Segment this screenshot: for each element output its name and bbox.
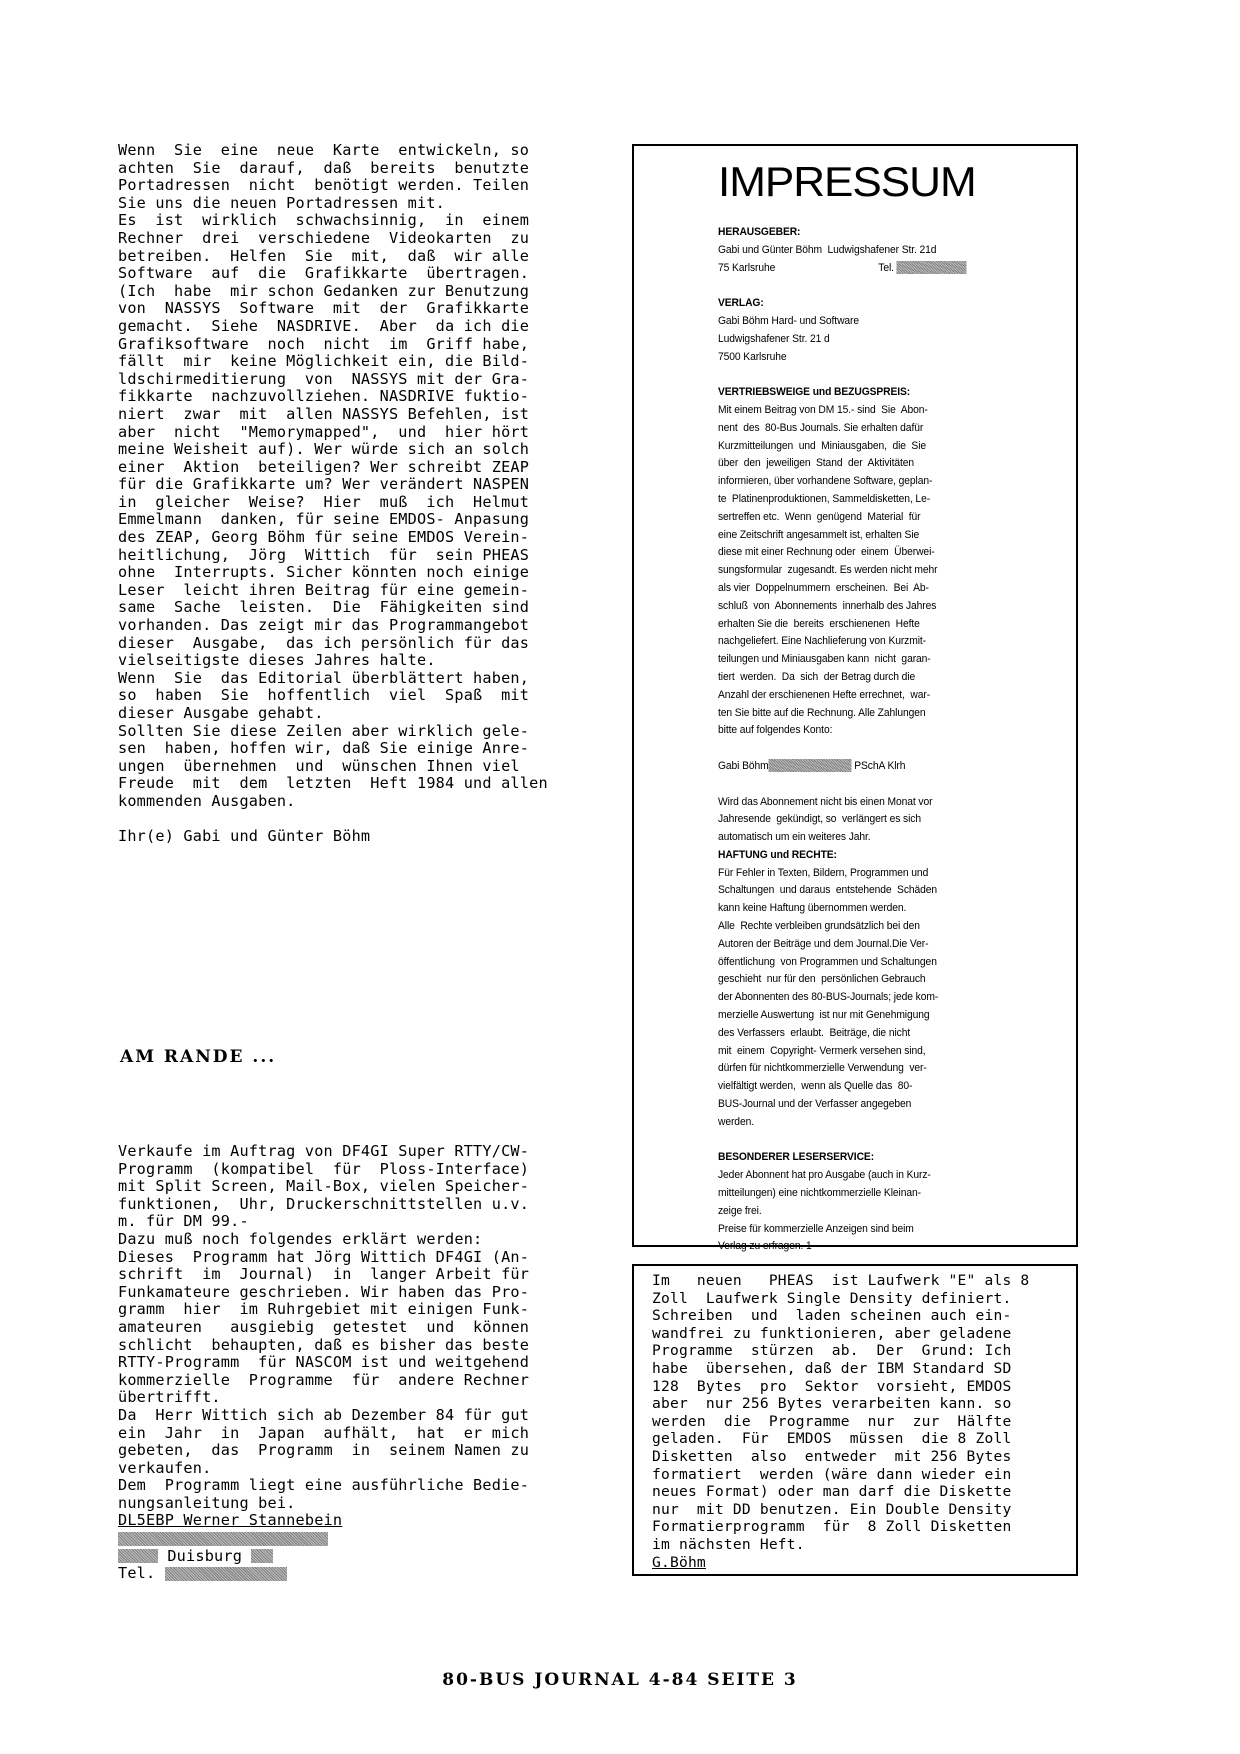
contact-tel-line: Tel. [118,1565,588,1583]
text-line: Alle Rechte verbleiben grundsätzlich bei… [718,918,1040,936]
verlag-label: VERLAG: [718,295,1040,313]
redaction-block [769,759,852,772]
text-line: als vier Doppelnummern erscheinen. Bei A… [718,580,1040,598]
text-line: Sie uns die neuen Portadressen mit. [118,195,588,213]
redaction-block [251,1549,273,1563]
text-line: vorhanden. Das zeigt mir das Programmang… [118,617,588,635]
text-line: Dazu muß noch folgendes erklärt werden: [118,1231,588,1249]
text-line: neues Format) oder man darf die Diskette [652,1483,1072,1501]
text-line: informieren, über vorhandene Software, g… [718,473,1040,491]
text-line: für die Grafikkarte um? Wer verändert NA… [118,476,588,494]
contact-name: DL5EBP Werner Stannebein [118,1512,588,1530]
redaction-block [118,1549,158,1563]
text-line: erhalten Sie die bereits erschienenen He… [718,616,1040,634]
herausgeber-label: HERAUSGEBER: [718,224,1040,242]
text-line: nent des 80-Bus Journals. Sie erhalten d… [718,420,1040,438]
text-line: werden die Programme nur zur Hälfte [652,1413,1072,1431]
text-line: Anzahl der erschienenen Hefte errechnet,… [718,687,1040,705]
text-line: automatisch um ein weiteres Jahr. [718,829,1040,847]
contact-city: Duisburg [167,1547,242,1565]
pheas-signature: G.Böhm [652,1554,1072,1572]
contact-address-redacted [118,1530,588,1548]
konto-bank: PSchA Klrh [854,760,905,772]
text-line: aber nicht "Memorymapped", und hier hört [118,424,588,442]
contact-city-line: Duisburg [118,1548,588,1566]
text-line: niert zwar mit allen NASSYS Befehlen, is… [118,406,588,424]
text-line: Da Herr Wittich sich ab Dezember 84 für … [118,1407,588,1425]
sale-paragraph: Verkaufe im Auftrag von DF4GI Super RTTY… [118,1143,588,1512]
text-line: Mit einem Beitrag von DM 15.- sind Sie A… [718,402,1040,420]
text-line: verkaufen. [118,1460,588,1478]
text-line: schrift im Journal) in langer Arbeit für [118,1266,588,1284]
text-line: des ZEAP, Georg Böhm für seine EMDOS Ver… [118,529,588,547]
text-line: aber nur 256 Bytes verarbeiten kann. so [652,1395,1072,1413]
text-line: meine Weisheit auf). Wer würde sich an s… [118,441,588,459]
text-line: fikkarte nachzuvollziehen. NASDRIVE fukt… [118,388,588,406]
vertrieb-label: VERTRIEBSWEIGE und BEZUGSPREIS: [718,384,1040,402]
konto-line: Gabi Böhm PSchA Klrh [718,758,1040,776]
text-line: kommerzielle Programme für andere Rechne… [118,1372,588,1390]
text-line: über den jeweiligen Stand der Aktivitäte… [718,455,1040,473]
text-line: Jeder Abonnent hat pro Ausgabe (auch in … [718,1167,1040,1185]
text-line: Freude mit dem letzten Heft 1984 und all… [118,775,588,793]
text-line: Dem Programm liegt eine ausführliche Bed… [118,1477,588,1495]
text-line: (Ich habe mir schon Gedanken zur Benutzu… [118,283,588,301]
verlag-address: Gabi Böhm Hard- und SoftwareLudwigshafen… [718,313,1040,366]
text-line: heitlichung, Jörg Wittich für sein PHEAS [118,547,588,565]
text-line: nachgeliefert. Eine Nachlieferung von Ku… [718,633,1040,651]
text-line: in gleicher Weise? Hier muß ich Helmut [118,494,588,512]
text-line: Gabi Böhm Hard- und Software [718,313,1040,331]
herausgeber-city: 75 Karlsruhe [718,262,775,274]
text-line: vielseitigste dieses Jahres halte. [118,652,588,670]
herausgeber-city-line: 75 KarlsruheTel. [718,260,1040,278]
text-line: teilungen und Miniausgaben kann nicht ga… [718,651,1040,669]
text-line: von NASSYS Software mit der Grafikkarte [118,300,588,318]
text-line: sungsformular zugesandt. Es werden nicht… [718,562,1040,580]
text-line: gebeten, das Programm in seinem Namen zu [118,1442,588,1460]
text-line: same Sache leisten. Die Fähigkeiten sind [118,599,588,617]
text-line: Schaltungen und daraus entstehende Schäd… [718,882,1040,900]
text-line: Programme stürzen ab. Der Grund: Ich [652,1342,1072,1360]
text-line: Wenn Sie eine neue Karte entwickeln, so [118,142,588,160]
am-rande-heading: AM RANDE ... [120,1047,276,1067]
text-line: Im neuen PHEAS ist Laufwerk "E" als 8 [652,1272,1072,1290]
text-line: gramm hier im Ruhrgebiet mit einigen Fun… [118,1301,588,1319]
leserservice-label: BESONDERER LESERSERVICE: [718,1149,1040,1167]
text-line: diese mit einer Rechnung oder einem Über… [718,544,1040,562]
text-line: Portadressen nicht benötigt werden. Teil… [118,177,588,195]
text-line: nur mit DD benutzen. Ein Double Density [652,1501,1072,1519]
text-line: nungsanleitung bei. [118,1495,588,1513]
text-line: dieser Ausgabe, das ich persönlich für d… [118,635,588,653]
tel-label: Tel. [118,1564,155,1582]
text-line: BUS-Journal und der Verfasser angegeben [718,1096,1040,1114]
text-line: Verlag zu erfragen. 1 [718,1238,1040,1256]
text-line: ten Sie bitte auf die Rechnung. Alle Zah… [718,705,1040,723]
text-line: geschieht nur für den persönlichen Gebra… [718,971,1040,989]
am-rande-text: Verkaufe im Auftrag von DF4GI Super RTTY… [118,1143,588,1583]
haftung-label: HAFTUNG und RECHTE: [718,847,1040,865]
text-line: bitte auf folgendes Konto: [718,722,1040,740]
text-line: zeige frei. [718,1203,1040,1221]
text-line: einer Aktion beteiligen? Wer schreibt ZE… [118,459,588,477]
pheas-note-box: Im neuen PHEAS ist Laufwerk "E" als 8Zol… [632,1264,1078,1576]
text-line: 7500 Karlsruhe [718,349,1040,367]
text-line: übertrifft. [118,1389,588,1407]
text-line: tiert werden. Da sich der Betrag durch d… [718,669,1040,687]
text-line: Wird das Abonnement nicht bis einen Mona… [718,794,1040,812]
abo-text: Wird das Abonnement nicht bis einen Mona… [718,794,1040,847]
pheas-note-text: Im neuen PHEAS ist Laufwerk "E" als 8Zol… [652,1272,1072,1571]
text-line: Leser leicht ihren Beitrag für eine geme… [118,582,588,600]
text-line: merzielle Auswertung ist nur mit Genehmi… [718,1007,1040,1025]
text-line: funktionen, Uhr, Druckerschnittstellen u… [118,1196,588,1214]
text-line: dieser Ausgabe gehabt. [118,705,588,723]
text-line: ohne Interrupts. Sicher könnten noch ein… [118,564,588,582]
tel-label: Tel. [878,262,894,274]
text-line: Funkamateure geschrieben. Wir haben das … [118,1284,588,1302]
text-line: vielfältigt werden, wenn als Quelle das … [718,1078,1040,1096]
text-line: geladen. Für EMDOS müssen die 8 Zoll [652,1430,1072,1448]
text-line: mit einem Copyright- Vermerk versehen si… [718,1043,1040,1061]
text-line: sertreffen etc. Wenn genügend Material f… [718,509,1040,527]
text-line: im nächsten Heft. [652,1536,1072,1554]
text-line: werden. [718,1114,1040,1132]
herausgeber-address: Gabi und Günter Böhm Ludwigshafener Str.… [718,242,1040,260]
text-line: kommenden Ausgaben. [118,793,588,811]
text-line: mitteilungen) eine nichtkommerzielle Kle… [718,1185,1040,1203]
text-line: des Verfassers erlaubt. Beiträge, die ni… [718,1025,1040,1043]
text-line: Es ist wirklich schwachsinnig, in einem [118,212,588,230]
text-line: Ludwigshafener Str. 21 d [718,331,1040,349]
text-line: Preise für kommerzielle Anzeigen sind be… [718,1221,1040,1239]
impressum-box: IMPRESSUM HERAUSGEBER: Gabi und Günter B… [632,144,1078,1247]
impressum-title: IMPRESSUM [718,158,976,206]
text-line: ungen übernehmen und wünschen Ihnen viel [118,758,588,776]
pheas-paragraph: Im neuen PHEAS ist Laufwerk "E" als 8Zol… [652,1272,1072,1554]
text-line: Verkaufe im Auftrag von DF4GI Super RTTY… [118,1143,588,1161]
text-line: wandfrei zu funktionieren, aber geladene [652,1325,1072,1343]
text-line: Zoll Laufwerk Single Density definiert. [652,1290,1072,1308]
text-line: Disketten also entweder mit 256 Bytes [652,1448,1072,1466]
text-line: eine Zeitschrift angesammelt ist, erhalt… [718,527,1040,545]
text-line: betreiben. Helfen Sie mit, daß wir alle [118,248,588,266]
vertrieb-text: Mit einem Beitrag von DM 15.- sind Sie A… [718,402,1040,740]
text-line: Wenn Sie das Editorial überblättert habe… [118,670,588,688]
haftung-text: Für Fehler in Texten, Bildern, Programme… [718,865,1040,1132]
text-line: Formatierprogramm für 8 Zoll Disketten [652,1518,1072,1536]
text-line: te Platinenproduktionen, Sammeldisketten… [718,491,1040,509]
text-line: Jahresende gekündigt, so verlängert es s… [718,811,1040,829]
text-line: sen haben, hoffen wir, daß Sie einige An… [118,740,588,758]
page-footer: 80-BUS JOURNAL 4-84 SEITE 3 [0,1670,1240,1690]
text-line: Software auf die Grafikkarte übertragen. [118,265,588,283]
text-line: 128 Bytes pro Sektor vorsieht, EMDOS [652,1378,1072,1396]
leserservice-text: Jeder Abonnent hat pro Ausgabe (auch in … [718,1167,1040,1256]
konto-name: Gabi Böhm [718,760,769,772]
text-line: Programm (kompatibel für Ploss-Interface… [118,1161,588,1179]
text-line: achten Sie darauf, daß bereits benutzte [118,160,588,178]
text-line: amateuren ausgiebig getestet und können [118,1319,588,1337]
text-line: öffentlichung von Programmen und Schaltu… [718,954,1040,972]
text-line: schluß von Abonnements innerhalb des Jah… [718,598,1040,616]
redaction-block [897,261,967,274]
text-line: ein Jahr in Japan aufhält, hat er mich [118,1425,588,1443]
text-line: Kurzmitteilungen und Miniausgaben, die S… [718,438,1040,456]
text-line: m. für DM 99.- [118,1213,588,1231]
editorial-text: Wenn Sie eine neue Karte entwickeln, soa… [118,142,588,846]
text-line: dürfen für nichtkommerzielle Verwendung … [718,1060,1040,1078]
text-line: Grafiksoftware noch nicht im Griff habe, [118,336,588,354]
text-line: Für Fehler in Texten, Bildern, Programme… [718,865,1040,883]
text-line: Emmelmann danken, für seine EMDOS- Anpas… [118,511,588,529]
text-line: ldschirmeditierung von NASSYS mit der Gr… [118,371,588,389]
text-line: Schreiben und laden scheinen auch ein- [652,1307,1072,1325]
text-line: schlicht behaupten, daß es bisher das be… [118,1337,588,1355]
journal-page: Wenn Sie eine neue Karte entwickeln, soa… [0,0,1240,1754]
impressum-body: HERAUSGEBER: Gabi und Günter Böhm Ludwig… [718,224,1040,1256]
text-line: Rechner drei verschiedene Videokarten zu [118,230,588,248]
text-line: Sollten Sie diese Zeilen aber wirklich g… [118,723,588,741]
text-line: formatiert werden (wäre dann wieder ein [652,1466,1072,1484]
text-line: Dieses Programm hat Jörg Wittich DF4GI (… [118,1249,588,1267]
text-line: kann keine Haftung übernommen werden. [718,900,1040,918]
text-line: RTTY-Programm für NASCOM ist und weitgeh… [118,1354,588,1372]
text-line: gemacht. Siehe NASDRIVE. Aber da ich die [118,318,588,336]
redaction-block [165,1567,287,1581]
redaction-block [118,1532,328,1546]
text-line: so haben Sie hoffentlich viel Spaß mit [118,687,588,705]
text-line: fällt mir keine Möglichkeit ein, die Bil… [118,353,588,371]
text-line: mit Split Screen, Mail-Box, vielen Speic… [118,1178,588,1196]
text-line: habe übersehen, daß der IBM Standard SD [652,1360,1072,1378]
editorial-signature: Ihr(e) Gabi und Günter Böhm [118,828,588,846]
text-line: der Abonnenten des 80-BUS-Journals; jede… [718,989,1040,1007]
text-line: Autoren der Beiträge und dem Journal.Die… [718,936,1040,954]
